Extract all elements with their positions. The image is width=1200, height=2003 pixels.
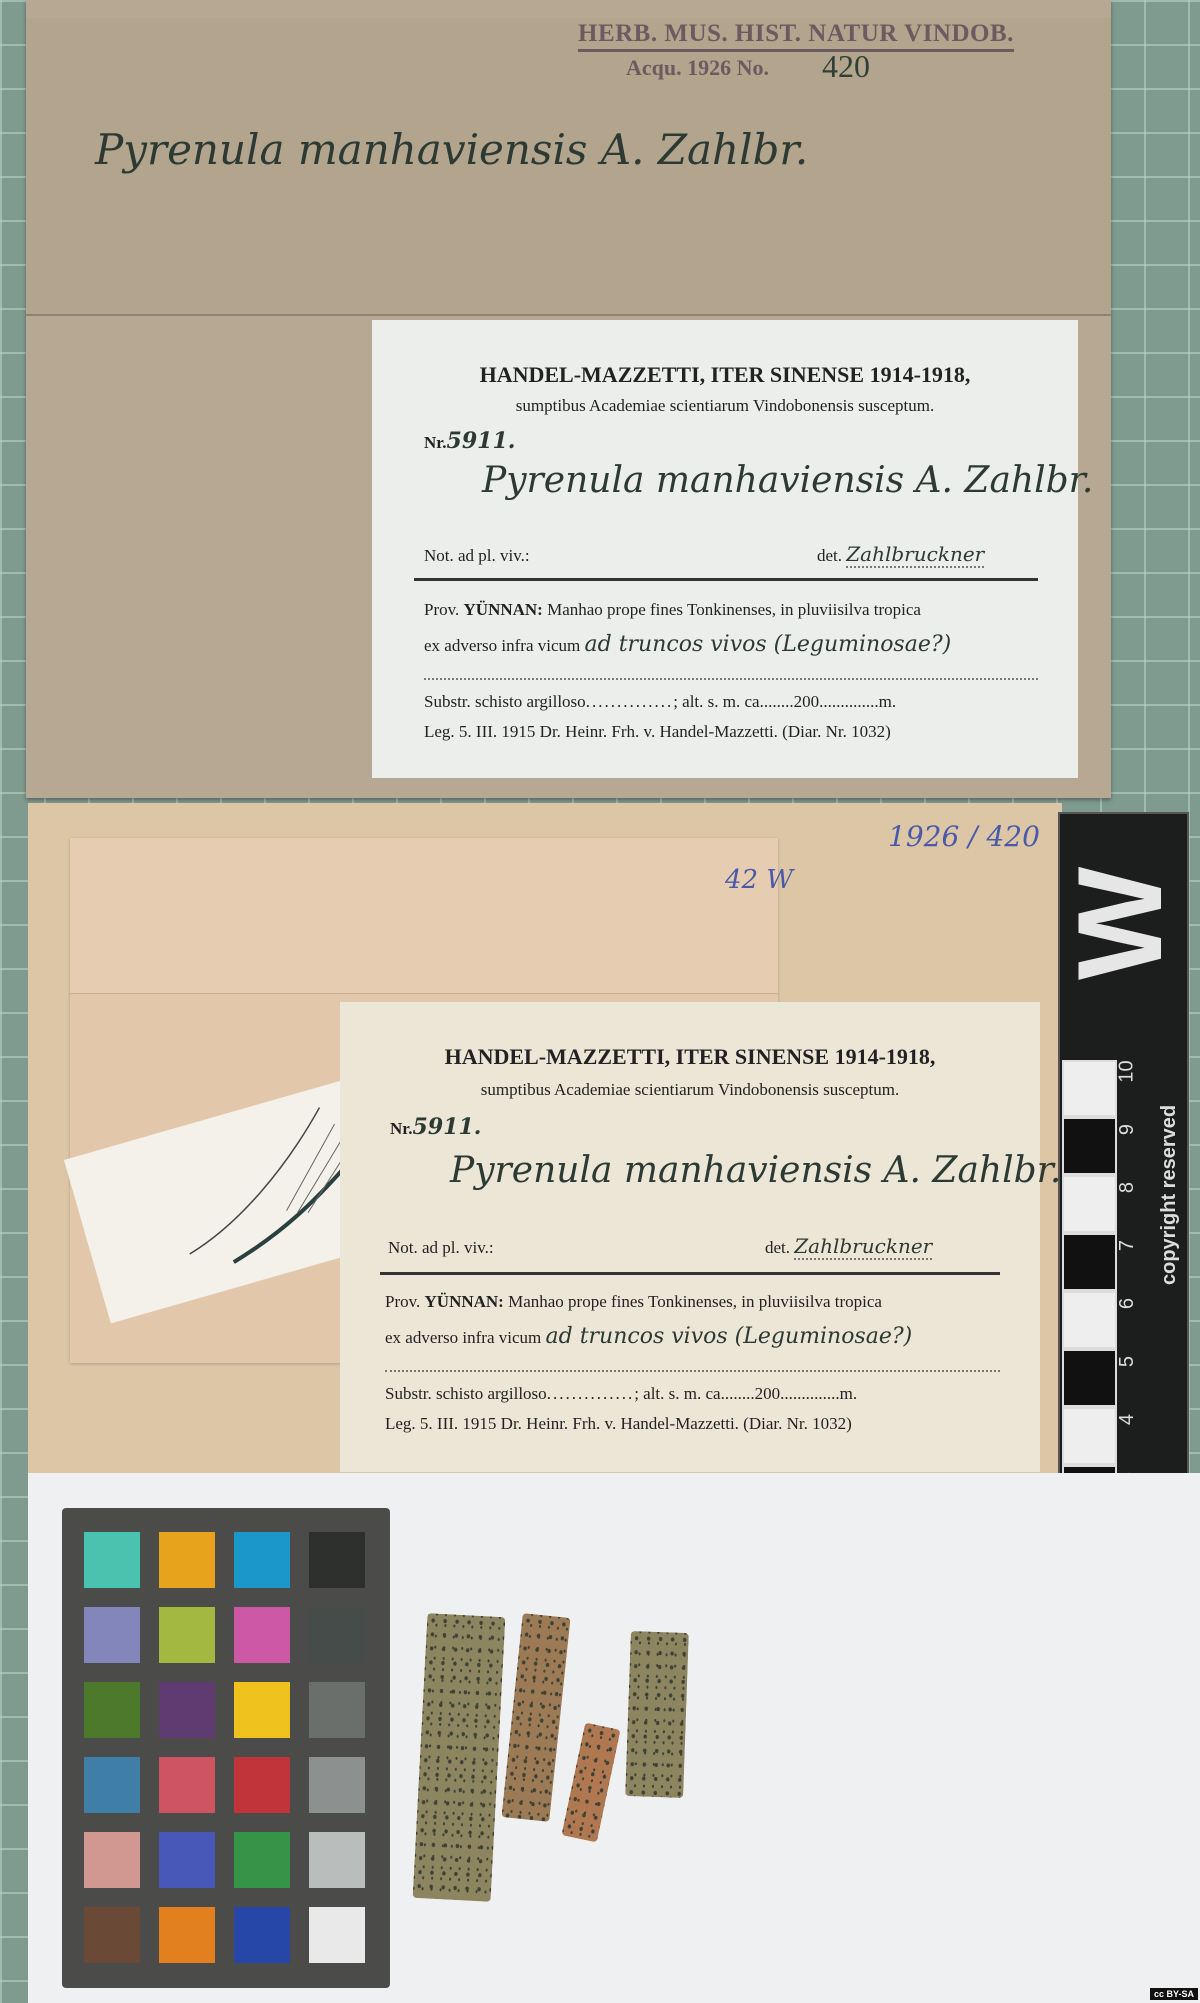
herbarium-stamp: HERB. MUS. HIST. NATUR VINDOB. [578,20,1014,52]
color-swatch [84,1907,140,1963]
label-not-ad-pl-viv: Not. ad pl. viv.: [388,1238,494,1258]
color-swatch [84,1832,140,1888]
color-swatch [309,1532,365,1588]
scale-tick-label: 5 [1116,1356,1139,1367]
label-substrate: Substr. schisto argilloso..............;… [424,692,896,712]
label-rule [380,1272,1000,1275]
label-taxon: Pyrenula manhaviensis A. Zahlbr. [482,460,1093,501]
scale-tick-label: 10 [1116,1060,1139,1082]
envelope-taxon-name: Pyrenula manhaviensis A. Zahlbr. [95,125,808,174]
label-dotted-line [424,678,1038,680]
label-collector: Leg. 5. III. 1915 Dr. Heinr. Frh. v. Han… [385,1414,852,1434]
label-header: HANDEL-MAZZETTI, ITER SINENSE 1914-1918, [340,1044,1040,1070]
label-locality-1: Prov. YÜNNAN: Manhao prope fines Tonkine… [424,600,921,620]
scale-tick-label: 7 [1116,1240,1139,1251]
color-swatch [234,1532,290,1588]
scale-bar-logo: W [1050,880,1190,980]
scale-segment [1062,1407,1117,1465]
color-checker-chart [62,1508,390,1988]
color-swatch [234,1607,290,1663]
label-not-ad-pl-viv: Not. ad pl. viv.: [424,546,530,566]
scale-segment [1062,1349,1117,1407]
label-rule [414,578,1038,581]
label-collector: Leg. 5. III. 1915 Dr. Heinr. Frh. v. Han… [424,722,891,742]
color-swatch [84,1532,140,1588]
color-swatch [159,1907,215,1963]
inner-envelope-flap [70,838,778,994]
color-swatch [159,1532,215,1588]
pencil-accession-number: 1926 / 420 [888,820,1040,853]
label-det: det. Zahlbruckner [765,1234,932,1258]
color-swatch [159,1682,215,1738]
label-subheader: sumptibus Academiae scientiarum Vindobon… [340,1080,1040,1100]
scale-bar-copyright: copyright reserved [1158,1105,1181,1285]
bark-fragment [625,1631,689,1798]
scale-segment [1062,1291,1117,1349]
color-swatch [309,1757,365,1813]
color-swatch [84,1607,140,1663]
label-dotted-line [385,1370,1000,1372]
label-header: HANDEL-MAZZETTI, ITER SINENSE 1914-1918, [372,362,1078,388]
color-swatch [234,1757,290,1813]
label-locality-2: ex adverso infra vicum ad truncos vivos … [385,1324,912,1349]
scale-segment [1062,1060,1117,1117]
license-badge: cc BY-SA [1150,1988,1198,2000]
scale-tick-label: 6 [1116,1298,1139,1309]
label-locality-1: Prov. YÜNNAN: Manhao prope fines Tonkine… [385,1292,882,1312]
label-subheader: sumptibus Academiae scientiarum Vindobon… [372,396,1078,416]
color-swatch [159,1757,215,1813]
color-swatch [159,1832,215,1888]
color-swatch [309,1607,365,1663]
label-substrate: Substr. schisto argilloso..............;… [385,1384,857,1404]
color-swatch [84,1682,140,1738]
color-swatch [234,1832,290,1888]
color-swatch [309,1907,365,1963]
color-swatch [309,1832,365,1888]
scale-tick-label: 8 [1116,1182,1139,1193]
bark-fragment [413,1613,506,1902]
label-det: det. Zahlbruckner [817,542,984,566]
scale-segment [1062,1175,1117,1233]
label-taxon: Pyrenula manhaviensis A. Zahlbr. [450,1150,1061,1191]
scale-segment [1062,1117,1117,1175]
label-nr: Nr.5911. [424,428,515,454]
specimen-label-top: HANDEL-MAZZETTI, ITER SINENSE 1914-1918,… [372,320,1078,778]
scale-tick-label: 4 [1116,1414,1139,1425]
specimen-label-bottom: HANDEL-MAZZETTI, ITER SINENSE 1914-1918,… [340,1002,1040,1472]
label-nr: Nr.5911. [390,1114,481,1140]
color-swatch [159,1607,215,1663]
pencil-mark: 42 W [725,865,793,895]
color-swatch [309,1682,365,1738]
acquisition-stamp: Acqu. 1926 No. [626,55,769,81]
color-swatch [84,1757,140,1813]
color-swatch [234,1682,290,1738]
scale-tick-label: 9 [1116,1124,1139,1135]
acquisition-number: 420 [822,48,870,85]
label-locality-2: ex adverso infra vicum ad truncos vivos … [424,632,951,657]
color-swatch [234,1907,290,1963]
scale-segment [1062,1233,1117,1291]
